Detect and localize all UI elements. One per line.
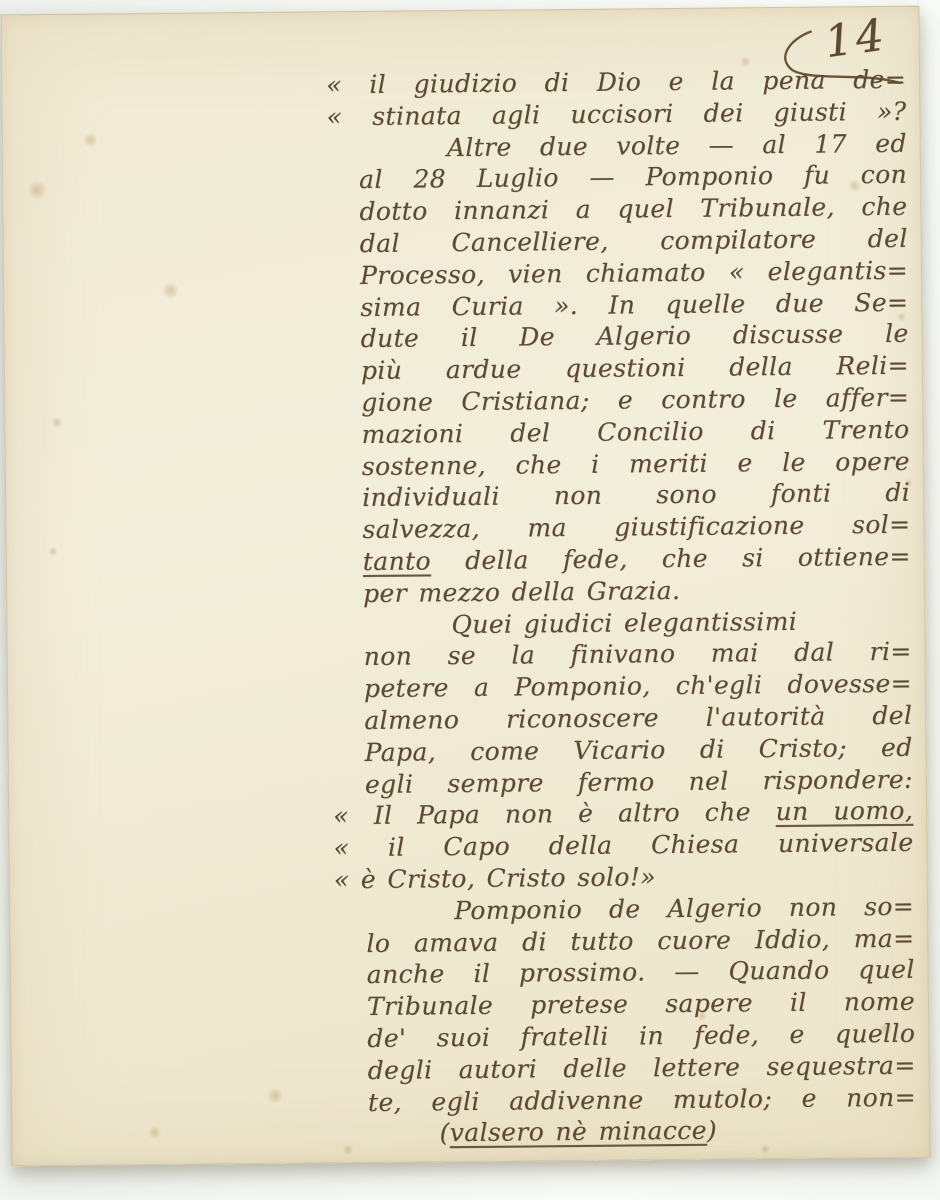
line-text: Quei giudici elegantissimi <box>451 606 797 638</box>
page-number-value: 14 <box>822 13 889 65</box>
line-text: Tribunale pretese sapere il nome <box>367 987 915 1021</box>
line-text: Altre due volte — al 17 ed <box>447 128 907 161</box>
line-text: de' suoi fratelli in fede, e quello <box>367 1019 915 1053</box>
manuscript-line: individuali non sono fonti di <box>362 477 910 514</box>
line-text: Pomponio de Algerio non so= <box>454 891 914 924</box>
manuscript-line: più ardue questioni della Reli= <box>361 350 909 387</box>
manuscript-line: « il giudizio di Dio e la pena de= <box>358 64 906 101</box>
line-text: al 28 Luglio — Pomponio fu con <box>359 160 907 194</box>
manuscript-line: dal Cancelliere, compilatore del <box>360 223 908 260</box>
foxing-spot <box>342 1144 353 1155</box>
manuscript-line: salvezza, ma giustificazione sol= <box>362 509 910 546</box>
foxing-spots <box>2 7 919 16</box>
manuscript-line: sostenne, che i meriti e le opere <box>362 445 910 482</box>
manuscript-line: dute il De Algerio discusse le <box>360 318 908 355</box>
manuscript-line: « è Cristo, Cristo solo!» <box>366 859 914 896</box>
foxing-spot <box>162 282 179 299</box>
foxing-spot <box>27 180 47 200</box>
line-text: dute il De Algerio discusse le <box>360 319 908 353</box>
line-text: ) <box>707 1116 717 1145</box>
manuscript-line: te, egli addivenne mutolo; e non= <box>368 1081 916 1118</box>
manuscript-line: mazioni del Concilio di Trento <box>361 413 909 450</box>
line-text: della fede, che si ottiene= <box>431 542 911 576</box>
line-text: più ardue questioni della Reli= <box>361 351 909 385</box>
manuscript-line: petere a Pomponio, ch'egli dovesse= <box>364 668 912 705</box>
foxing-spot <box>49 547 58 556</box>
line-text: mazioni del Concilio di Trento <box>361 414 909 448</box>
line-text: anche il prossimo. — Quando quel <box>367 955 915 989</box>
underlined-text: tanto <box>363 546 431 576</box>
underlined-text: valsero nè minacce <box>450 1116 707 1147</box>
manuscript-line: al 28 Luglio — Pomponio fu con <box>359 159 907 196</box>
line-text: « stinata agli uccisori dei giusti »? <box>326 97 906 132</box>
line-text: dal Cancelliere, compilatore del <box>360 224 908 258</box>
manuscript-line: sima Curia ». In quelle due Se= <box>360 286 908 323</box>
manuscript-text: « il giudizio di Dio e la pena de=« stin… <box>358 64 916 1150</box>
manuscript-line: « Il Papa non è altro che un uomo, <box>365 795 913 832</box>
foxing-spot <box>148 1126 161 1139</box>
foxing-spot <box>267 1088 283 1104</box>
line-text: salvezza, ma giustificazione sol= <box>362 510 910 544</box>
manuscript-line: Pomponio de Algerio non so= <box>366 890 914 927</box>
manuscript-line: tanto della fede, che si ottiene= <box>363 541 911 578</box>
line-text: lo amava di tutto cuore Iddio, ma= <box>366 923 914 957</box>
manuscript-line: egli sempre fermo nel rispondere: <box>365 763 913 800</box>
line-text: egli sempre fermo nel rispondere: <box>365 764 913 798</box>
manuscript-line: almeno riconoscere l'autorità del <box>364 700 912 737</box>
line-text: sima Curia ». In quelle due Se= <box>360 287 908 321</box>
paper-sheet: 14 « il giudizio di Dio e la pena de=« s… <box>0 6 930 1167</box>
manuscript-line: non se la finivano mai dal ri= <box>364 636 912 673</box>
line-text: « il giudizio di Dio e la pena de= <box>326 65 906 100</box>
manuscript-line: dotto innanzi a quel Tribunale, che <box>359 191 907 228</box>
manuscript-line: Processo, vien chiamato « elegantis= <box>360 255 908 292</box>
manuscript-line: « stinata agli uccisori dei giusti »? <box>358 96 906 133</box>
manuscript-line: de' suoi fratelli in fede, e quello <box>367 1018 915 1055</box>
scan-background: { "manuscript": { "page_number": "14", "… <box>0 0 940 1200</box>
line-text: individuali non sono fonti di <box>362 478 910 512</box>
line-text: degli autori delle lettere sequestra= <box>368 1050 916 1084</box>
manuscript-line: anche il prossimo. — Quando quel <box>367 954 915 991</box>
line-text: « il Capo della Chiesa universale <box>333 828 913 863</box>
line-text: Processo, vien chiamato « elegantis= <box>360 256 908 290</box>
manuscript-line: (valsero nè minacce) <box>368 1113 916 1150</box>
manuscript-line: lo amava di tutto cuore Iddio, ma= <box>366 922 914 959</box>
line-text: Papa, come Vicario di Cristo; ed <box>364 732 912 766</box>
manuscript-line: Altre due volte — al 17 ed <box>359 127 907 164</box>
manuscript-line: Quei giudici elegantissimi <box>363 604 911 641</box>
line-text: almeno riconoscere l'autorità del <box>364 701 912 735</box>
foxing-spot <box>83 133 98 148</box>
manuscript-line: per mezzo della Grazia. <box>363 572 911 609</box>
line-text: per mezzo della Grazia. <box>363 576 680 608</box>
manuscript-line: « il Capo della Chiesa universale <box>365 827 913 864</box>
manuscript-line: degli autori delle lettere sequestra= <box>367 1049 915 1086</box>
foxing-spot <box>51 417 62 428</box>
manuscript-line: Papa, come Vicario di Cristo; ed <box>364 731 912 768</box>
underlined-text: un uomo, <box>775 796 913 826</box>
line-text: sostenne, che i meriti e le opere <box>362 446 910 480</box>
line-text: petere a Pomponio, ch'egli dovesse= <box>364 669 912 703</box>
line-text: dotto innanzi a quel Tribunale, che <box>359 192 907 226</box>
line-text: te, egli addivenne mutolo; e non= <box>368 1082 916 1116</box>
line-text: « Il Papa non è altro che <box>333 797 776 830</box>
line-text: gione Cristiana; e contro le affer= <box>361 383 909 417</box>
manuscript-line: gione Cristiana; e contro le affer= <box>361 382 909 419</box>
line-text: non se la finivano mai dal ri= <box>364 637 912 671</box>
manuscript-line: Tribunale pretese sapere il nome <box>367 986 915 1023</box>
line-text: « è Cristo, Cristo solo!» <box>334 862 656 894</box>
